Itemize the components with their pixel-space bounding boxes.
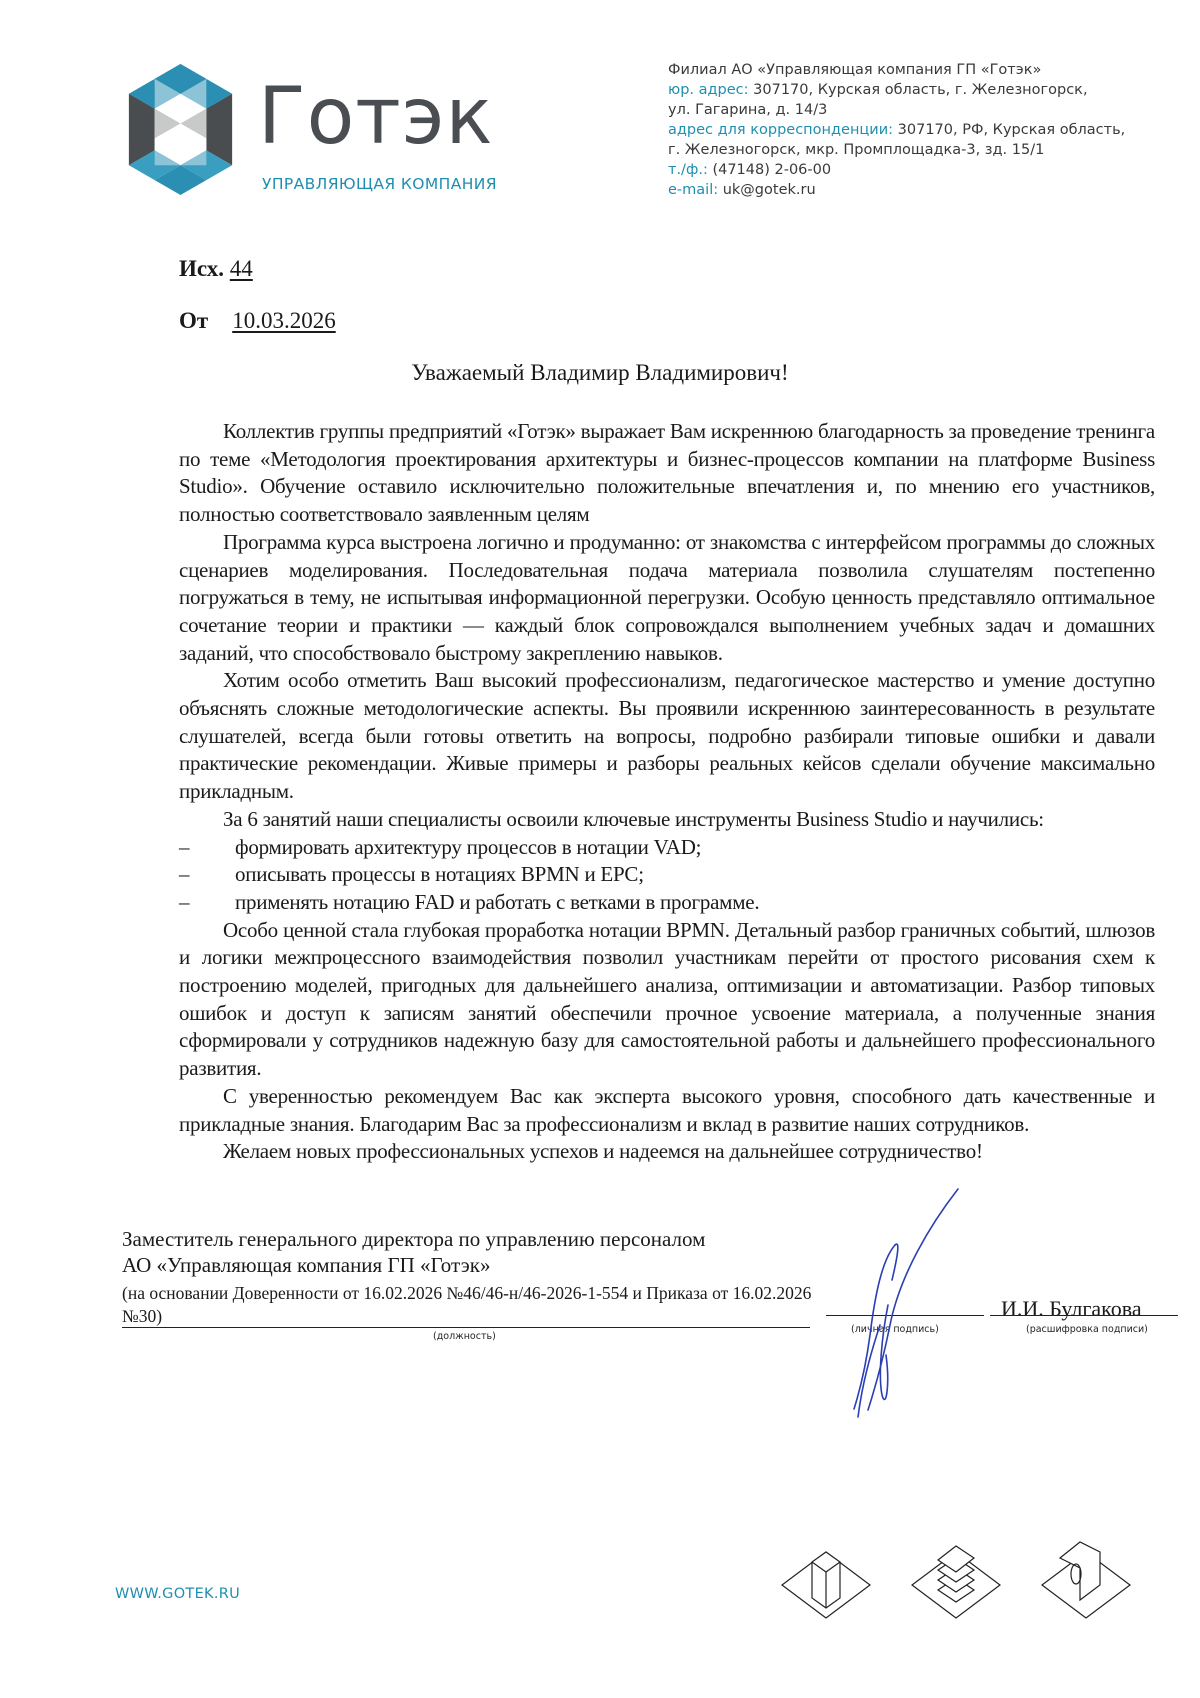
position-underline [122, 1327, 810, 1328]
paragraph: Желаем новых профессиональных успехов и … [179, 1138, 1155, 1166]
mail-address-line-2: г. Железногорск, мкр. Промплощадка-3, зд… [668, 140, 1125, 160]
signatory-title: Заместитель генерального директора по уп… [122, 1226, 705, 1278]
phone: т./ф.: (47148) 2-06-00 [668, 160, 1125, 180]
mail-address: адрес для корреспонденции: 307170, РФ, К… [668, 120, 1125, 140]
legal-address-line-2: ул. Гагарина, д. 14/3 [668, 100, 1125, 120]
paragraph: С уверенностью рекомендуем Вас как экспе… [179, 1083, 1155, 1138]
email: e-mail: uk@gotek.ru [668, 180, 1125, 200]
legal-address: юр. адрес: 307170, Курская область, г. Ж… [668, 80, 1125, 100]
date-label: От [179, 308, 208, 333]
paragraph: Коллектив группы предприятий «Готэк» выр… [179, 418, 1155, 529]
company-name: Филиал АО «Управляющая компания ГП «Готэ… [668, 60, 1125, 80]
layers-icon [912, 1546, 1000, 1618]
list-item: –формировать архитектуру процессов в нот… [179, 834, 1155, 862]
letter-body: Коллектив группы предприятий «Готэк» выр… [179, 418, 1155, 1166]
letter-date: От10.03.2026 [179, 308, 336, 334]
phone-value: (47148) 2-06-00 [708, 162, 831, 178]
paragraph: За 6 занятий наши специалисты освоили кл… [179, 806, 1155, 834]
name-caption: (расшифровка подписи) [1026, 1324, 1148, 1335]
email-label: e-mail: [668, 182, 718, 198]
scroll-icon [1042, 1542, 1130, 1618]
greeting: Уважаемый Владимир Владимирович! [0, 360, 1200, 386]
mail-address-label: адрес для корреспонденции: [668, 122, 893, 138]
outgoing-label: Исх. [179, 256, 224, 281]
paragraph: Особо ценной стала глубокая проработка н… [179, 917, 1155, 1083]
gotek-hexagon-logo-icon [118, 62, 243, 197]
paragraph: Программа курса выстроена логично и прод… [179, 529, 1155, 668]
phone-label: т./ф.: [668, 162, 708, 178]
list-item: –применять нотацию FAD и работать с ветк… [179, 889, 1155, 917]
signatory-name: И.И. Булгакова [1001, 1296, 1142, 1322]
date-value: 10.03.2026 [232, 308, 336, 333]
name-underline [990, 1315, 1178, 1316]
position-caption: (должность) [433, 1331, 496, 1342]
signatory-title-line-1: Заместитель генерального директора по уп… [122, 1226, 705, 1252]
footer-icons [780, 1540, 1160, 1630]
legal-address-label: юр. адрес: [668, 82, 749, 98]
email-value[interactable]: uk@gotek.ru [718, 182, 816, 198]
logo-wordmark: Готэк [258, 78, 494, 156]
list-text: применять нотацию FAD и работать с ветка… [235, 889, 759, 917]
list-dash: – [179, 834, 235, 862]
handwritten-signature-icon [840, 1185, 970, 1425]
outgoing-number: Исх. 44 [179, 256, 253, 282]
signatory-title-line-2: АО «Управляющая компания ГП «Готэк» [122, 1252, 705, 1278]
logo-subtitle: УПРАВЛЯЮЩАЯ КОМПАНИЯ [262, 175, 497, 193]
list-text: описывать процессы в нотациях BPMN и EPC… [235, 861, 644, 889]
list-dash: – [179, 889, 235, 917]
company-contacts: Филиал АО «Управляющая компания ГП «Готэ… [668, 60, 1125, 200]
list-dash: – [179, 861, 235, 889]
outgoing-number-value: 44 [230, 256, 253, 281]
mail-address-line-1: 307170, РФ, Курская область, [893, 122, 1125, 138]
list-item: –описывать процессы в нотациях BPMN и EP… [179, 861, 1155, 889]
box-icon [782, 1552, 870, 1618]
legal-address-line-1: 307170, Курская область, г. Железногорск… [749, 82, 1088, 98]
list-text: формировать архитектуру процессов в нота… [235, 834, 701, 862]
authority-basis: (на основании Доверенности от 16.02.2026… [122, 1282, 812, 1328]
paragraph: Хотим особо отметить Ваш высокий професс… [179, 667, 1155, 806]
website-link[interactable]: WWW.GOTEK.RU [115, 1586, 240, 1602]
